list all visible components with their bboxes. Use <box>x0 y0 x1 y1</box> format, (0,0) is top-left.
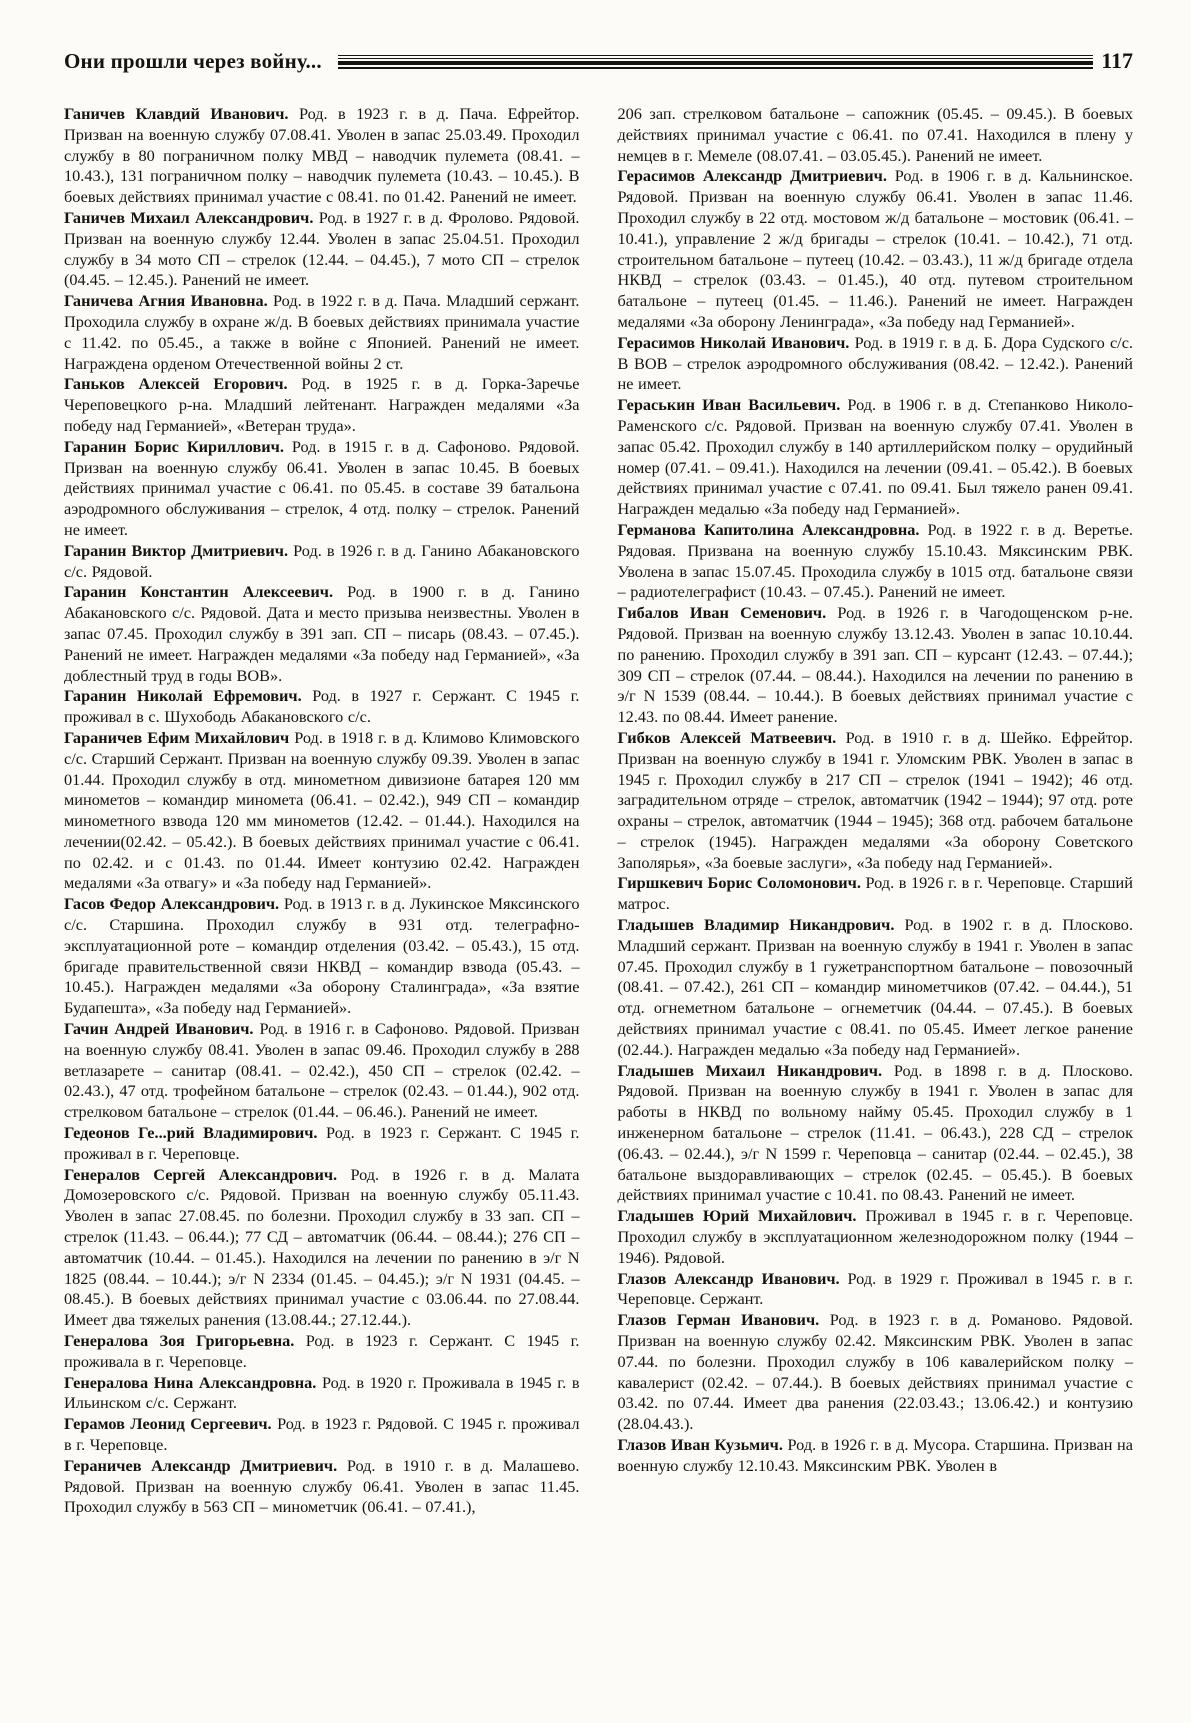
veteran-name: Глазов Иван Кузьмич. <box>618 1435 783 1454</box>
veteran-entry: Ганичева Агния Ивановна. Род. в 1922 г. … <box>64 291 580 374</box>
veteran-entry: Ганичев Клавдий Иванович. Род. в 1923 г.… <box>64 104 580 208</box>
veteran-entry: Гладышев Михаил Никандрович. Род. в 1898… <box>618 1061 1134 1207</box>
veteran-name: Гаранин Борис Кириллович. <box>64 437 284 456</box>
content-columns: Ганичев Клавдий Иванович. Род. в 1923 г.… <box>64 104 1133 1518</box>
left-column: Ганичев Клавдий Иванович. Род. в 1923 г.… <box>64 104 580 1518</box>
veteran-entry: Гедеонов Ге...рий Владимирович. Род. в 1… <box>64 1123 580 1165</box>
veteran-entry: Герасимов Николай Иванович. Род. в 1919 … <box>618 333 1134 395</box>
veteran-entry: Гибков Алексей Матвеевич. Род. в 1910 г.… <box>618 728 1134 874</box>
veteran-name: Ганьков Алексей Егорович. <box>64 374 288 393</box>
veteran-entry: Герасимов Александр Дмитриевич. Род. в 1… <box>618 166 1134 332</box>
veteran-entry: Генералова Зоя Григорьевна. Род. в 1923 … <box>64 1331 580 1373</box>
veteran-name: Глазов Александр Иванович. <box>618 1269 840 1288</box>
veteran-entry: Ганьков Алексей Егорович. Род. в 1925 г.… <box>64 374 580 436</box>
veteran-name: Гладышев Юрий Михайлович. <box>618 1206 857 1225</box>
veteran-entry: Гераничев Александр Дмитриевич. Род. в 1… <box>64 1456 580 1518</box>
veteran-entry: Глазов Герман Иванович. Род. в 1923 г. в… <box>618 1310 1134 1435</box>
veteran-entry: Генералова Нина Александровна. Род. в 19… <box>64 1373 580 1415</box>
veteran-name: Гаранин Виктор Дмитриевич. <box>64 541 288 560</box>
veteran-entry: Гасов Федор Александрович. Род. в 1913 г… <box>64 894 580 1019</box>
veteran-entry: Глазов Иван Кузьмич. Род. в 1926 г. в д.… <box>618 1435 1134 1477</box>
veteran-entry: Глазов Александр Иванович. Род. в 1929 г… <box>618 1269 1134 1311</box>
veteran-entry: Герамов Леонид Сергеевич. Род. в 1923 г.… <box>64 1414 580 1456</box>
veteran-name: Глазов Герман Иванович. <box>618 1310 820 1329</box>
veteran-name: Герасимов Николай Иванович. <box>618 333 850 352</box>
veteran-name: Ганичев Михаил Александрович. <box>64 208 313 227</box>
veteran-entry: Гладышев Юрий Михайлович. Проживал в 194… <box>618 1206 1134 1268</box>
veteran-name: Генералов Сергей Александрович. <box>64 1165 337 1184</box>
veteran-entry: Гиршкевич Борис Соломонович. Род. в 1926… <box>618 873 1134 915</box>
veteran-name: Гераськин Иван Васильевич. <box>618 395 841 414</box>
veteran-record-text: Род. в 1918 г. в д. Климово Климовского … <box>64 728 580 893</box>
veteran-entry: 206 зап. стрелковом батальоне – сапожник… <box>618 104 1134 166</box>
veteran-name: Гаранин Константин Алексеевич. <box>64 582 333 601</box>
veteran-name: Гладышев Владимир Никандрович. <box>618 915 895 934</box>
veteran-name: Гаранин Николай Ефремович. <box>64 686 302 705</box>
veteran-name: Гладышев Михаил Никандрович. <box>618 1061 883 1080</box>
veteran-name: Гараничев Ефим Михайлович <box>64 728 289 747</box>
veteran-entry: Гаранин Виктор Дмитриевич. Род. в 1926 г… <box>64 541 580 583</box>
veteran-name: Герасимов Александр Дмитриевич. <box>618 166 887 185</box>
veteran-name: Гачин Андрей Иванович. <box>64 1019 253 1038</box>
veteran-name: Герамов Леонид Сергеевич. <box>64 1414 272 1433</box>
veteran-name: Генералова Зоя Григорьевна. <box>64 1331 294 1350</box>
veteran-entry: Гачин Андрей Иванович. Род. в 1916 г. в … <box>64 1019 580 1123</box>
veteran-name: Генералова Нина Александровна. <box>64 1373 316 1392</box>
veteran-entry: Гладышев Владимир Никандрович. Род. в 19… <box>618 915 1134 1061</box>
veteran-entry: Гараничев Ефим Михайлович Род. в 1918 г.… <box>64 728 580 894</box>
book-page: Они прошли через войну... 117 Ганичев Кл… <box>0 0 1191 1723</box>
veteran-name: Гибков Алексей Матвеевич. <box>618 728 837 747</box>
veteran-name: Гераничев Александр Дмитриевич. <box>64 1456 337 1475</box>
veteran-name: Ганичев Клавдий Иванович. <box>64 104 289 123</box>
veteran-record-text: Род. в 1910 г. в д. Шейко. Ефрейтор. При… <box>618 728 1134 872</box>
veteran-record-text: Род. в 1898 г. в д. Плосково. Рядовой. П… <box>618 1061 1134 1205</box>
page-number: 117 <box>1101 48 1133 74</box>
veteran-entry: Германова Капитолина Александровна. Род.… <box>618 520 1134 603</box>
veteran-record-text: 206 зап. стрелковом батальоне – сапожник… <box>618 104 1134 165</box>
right-column: 206 зап. стрелковом батальоне – сапожник… <box>618 104 1134 1518</box>
veteran-name: Гедеонов Ге...рий Владимирович. <box>64 1123 318 1142</box>
veteran-name: Гасов Федор Александрович. <box>64 894 279 913</box>
veteran-record-text: Род. в 1902 г. в д. Плосково. Младший се… <box>618 915 1134 1059</box>
veteran-name: Гибалов Иван Семенович. <box>618 603 827 622</box>
veteran-entry: Генералов Сергей Александрович. Род. в 1… <box>64 1165 580 1331</box>
veteran-entry: Гаранин Константин Алексеевич. Род. в 19… <box>64 582 580 686</box>
header-rule <box>338 55 1093 69</box>
page-title: Они прошли через войну... <box>64 49 322 74</box>
veteran-name: Гиршкевич Борис Соломонович. <box>618 873 861 892</box>
veteran-entry: Гаранин Борис Кириллович. Род. в 1915 г.… <box>64 437 580 541</box>
veteran-record-text: Род. в 1926 г. в д. Малата Домозеровског… <box>64 1165 580 1330</box>
veteran-record-text: Род. в 1906 г. в д. Кальнинское. Рядовой… <box>618 166 1134 331</box>
page-header: Они прошли через войну... 117 <box>64 44 1133 78</box>
veteran-name: Ганичева Агния Ивановна. <box>64 291 268 310</box>
veteran-name: Германова Капитолина Александровна. <box>618 520 920 539</box>
veteran-entry: Гибалов Иван Семенович. Род. в 1926 г. в… <box>618 603 1134 728</box>
veteran-entry: Гераськин Иван Васильевич. Род. в 1906 г… <box>618 395 1134 520</box>
veteran-entry: Ганичев Михаил Александрович. Род. в 192… <box>64 208 580 291</box>
veteran-entry: Гаранин Николай Ефремович. Род. в 1927 г… <box>64 686 580 728</box>
